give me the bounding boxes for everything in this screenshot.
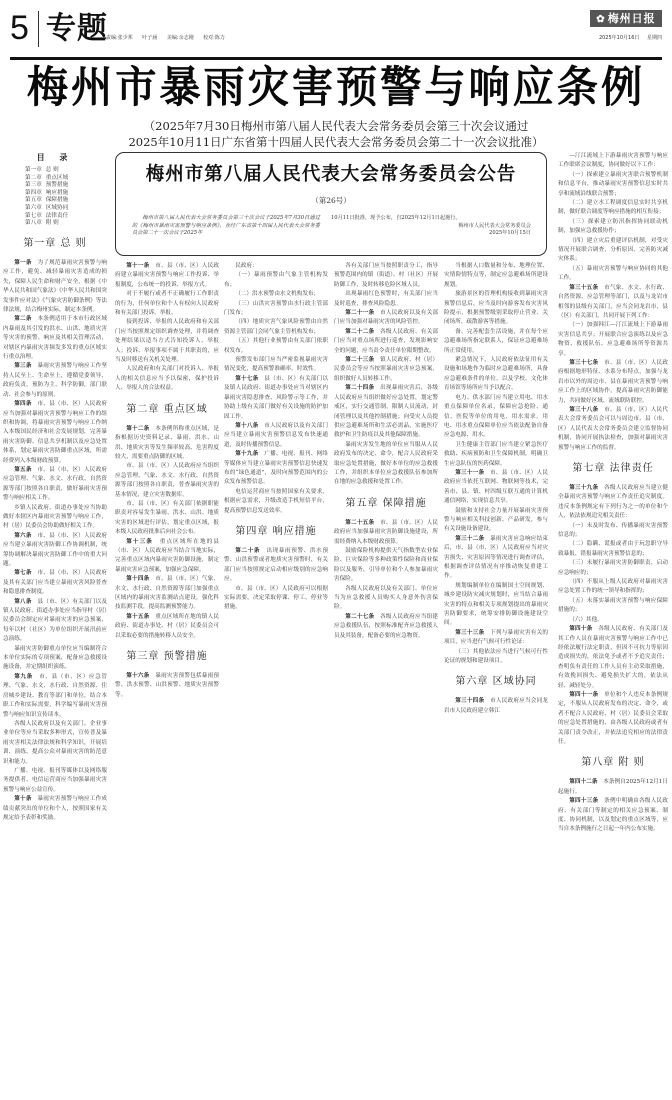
article-paragraph: 第二十四条 出现暴雨灾害后，各级人民政府应当组织做好应急处置，划定警戒区，实行交… <box>334 384 438 440</box>
article-number: 第三十二条 <box>455 536 490 542</box>
toc-item: 第五章保障措施 <box>3 197 107 205</box>
chapter-heading: 第七章 法律责任 <box>558 462 668 476</box>
headline-subtitle-line2: 2025年10月11日广东省第十四届人民代表大会常务委员会第二十一次会议批准） <box>0 134 672 150</box>
article-paragraph: 市、县（市、区）有关部门依据职能职责对容易发生暴雨、洪水、山洪、地质灾害的区域进… <box>115 500 219 538</box>
article-paragraph: 第六条 市、县（市、区）人民政府应当建立暴雨灾害防御工作协调机制，统筹协调解决暴… <box>3 532 107 570</box>
article-number: 第九条 <box>14 674 39 680</box>
article-paragraph: 第二十七条 各级人民政府应当组建应急救援队伍，按照标准配齐应急救援人员及其装备，… <box>334 613 438 641</box>
article-number: 第二十四条 <box>345 385 380 391</box>
article-number: 第一条 <box>14 260 37 266</box>
toc-item: 第一章总 则 <box>3 167 107 175</box>
article-paragraph: 第十三条 重点区域所在地的县（市、区）人民政府应当结合当地实际，完善重点区域内暴… <box>115 538 219 576</box>
article-number: 第三十八条 <box>569 407 604 413</box>
article-paragraph: 第一条 为了规范暴雨灾害预警与响应工作，避免、减轻暴雨灾害造成的损失，保障人民生… <box>3 259 107 315</box>
toc-item: 第三章预警措施 <box>3 182 107 190</box>
page-number: 5 <box>10 8 29 48</box>
article-number: 第三十一条 <box>455 470 490 476</box>
article-paragraph: 第三十一条 市、县（市、区）人民政府应当依托互联网、物联网等技术，完善市、县、镇… <box>444 469 548 507</box>
article-paragraph: 第十八条 市人民政府以及有关部门应当建立暴雨灾害预警信息发布快速通道，及时传播预… <box>224 422 328 450</box>
announcement-number: （第26号） <box>116 195 546 206</box>
article-paragraph: 各级人民政府以及有关部门、单位应当为应急救援人员购买人身意外伤害保险。 <box>334 585 438 613</box>
article-number: 第三十七条 <box>569 360 604 366</box>
article-paragraph: 第二十三条 镇人民政府、村（居）民委员会等应当按照暴雨灾害应急预案，组织做好人员… <box>334 356 438 384</box>
article-paragraph: 各级人民政府以及有关部门、企业事业单位等应当采取多种形式，宣传普及暴雨灾害相关法… <box>3 720 107 767</box>
article-paragraph: 第八条 县（市、区）有关部门以及镇人民政府、街道办事处应当指导村（居）民委员会制… <box>3 598 107 645</box>
announcement-box: 梅州市第八届人民代表大会常务委员会公告 （第26号） 梅州市第八届人民代表大会常… <box>115 152 547 256</box>
article-paragraph: 第四十二条 本条例自2025年12月1日起施行。 <box>558 778 668 797</box>
article-paragraph: 第二十二条 各级人民政府、有关部门应当对重点场所进行巡查，发现影响安全的问题，应… <box>334 328 438 356</box>
article-paragraph: 第四十三条 条例中明确由各级人民政府、有关部门等制定的相关应急预案、制度、协同机… <box>558 797 668 835</box>
article-paragraph: 第三条 暴雨灾害预警与响应工作坚持人民至上、生命至上，遵循党委领导、政府负责，预… <box>3 362 107 400</box>
article-number: 第二十一条 <box>345 310 380 316</box>
article-number: 第十八条 <box>235 423 264 429</box>
article-paragraph: 人民政府和有关部门对投诉人、举报人的相关信息应当予以保密，保护投诉人、举报人的合… <box>115 365 219 393</box>
article-paragraph: （四）不服从上级人民政府对暴雨灾害应急处置工作的统一领导和指挥的； <box>558 578 668 597</box>
article-paragraph: 第十七条 县（市、区）有关部门以及镇人民政府、街道办事处应当对辖区内暴雨灾害隐患… <box>224 375 328 422</box>
article-number: 第六条 <box>14 533 37 539</box>
article-paragraph: 紧急情况下，人民政府依法征用有关设施和场地作为临时应急避难场所，具备应急避难条件… <box>444 356 548 394</box>
article-paragraph: 第三十五条 市气象、水文、水行政、自然资源、应急管理等部门，以及与龙岩市相邻的县… <box>558 284 668 322</box>
article-number: 第四十一条 <box>569 692 604 698</box>
article-column-6: —汀江流域上下游暴雨灾害预警与响应工作联席会议制度，协同做好以下工作：（一）探索… <box>558 152 668 1098</box>
toc-item: 第八章附 则 <box>3 220 107 228</box>
article-paragraph: 第二十五条 市、县（市、区）人民政府应当加强暴雨灾害防御设施建设，所需经费纳入本… <box>334 519 438 547</box>
article-number: 第十四条 <box>126 576 155 582</box>
chapter-heading: 第三章 预警措施 <box>115 650 219 664</box>
article-paragraph: 第十一条 市、县（市、区）人民政府建立暴雨灾害预警与响应工作投诉、举报制度，公布… <box>115 262 219 290</box>
article-paragraph: （一）探索建立暴雨灾害联合预警机制和信息平台，推动暴雨灾害预警信息实时共享和流域… <box>558 171 668 199</box>
article-paragraph: 当根据人口数量和分布、地理位置、灾情险情特点等，制定应急避难场所建设规划。 <box>444 262 548 290</box>
article-column-5: 当根据人口数量和分布、地理位置、灾情险情特点等，制定应急避难场所建设规划。旅游景… <box>444 262 548 1098</box>
article-paragraph: 第十二条 本条例所称重点区域，是指根据历史资料记录、暴雨、洪水、山洪、地质灾害等… <box>115 425 219 463</box>
article-paragraph: （四）建立灾后重建评估机制，对受灾情况开展联合调查，分析原因，完善防灾减灾体系； <box>558 237 668 265</box>
article-paragraph: 第三十九条 各级人民政府应当建立健全暴雨灾害预警与响应工作责任追究制度。违反本条… <box>558 484 668 522</box>
article-paragraph: （二）建立水工程调度信息实时共享机制，做好联合调度等响应措施的相互衔接； <box>558 199 668 218</box>
article-paragraph: （三）未履行暴雨灾害防御职责、启动应急响应的； <box>558 559 668 578</box>
article-paragraph: 市、县（市、区）人民政府应当组织应急管理、气象、水文、水行政、自然资源等部门按照… <box>115 462 219 500</box>
announcement-body-text: 10月11日批准，现予公布，自2025年12月1日起施行。 <box>331 215 531 223</box>
article-number: 第三十三条 <box>455 630 490 636</box>
editor-credits: 责编:张少邦 叶子涵 美编:余志刚 校对:陈力 <box>106 34 233 41</box>
article-paragraph: 预警发布部门应当严密监视暴雨灾害情况变化，提高预警准确率、时效性。 <box>224 356 328 375</box>
article-number: 第二十三条 <box>345 357 380 363</box>
article-number: 第十九条 <box>235 451 264 457</box>
credit-item: 责编:张少邦 <box>106 35 133 41</box>
article-paragraph: 电信运营商应当按照国家有关要求，根据应急需求，升级改造手机短信平台，提高预警信息… <box>224 488 328 516</box>
issue-weekday: 星期四 <box>647 35 662 41</box>
chapter-heading: 第六章 区域协同 <box>444 675 548 689</box>
article-column-1: 第一章 总 则第一条 为了规范暴雨灾害预警与响应工作，避免、减轻暴雨灾害造成的损… <box>3 228 107 1098</box>
masthead-divider <box>38 11 39 47</box>
article-number: 第二十七条 <box>345 614 380 620</box>
article-column-4: 各有关部门应当按照职责分工，指导预警范围内的镇（街道）、村（社区）开展防御工作，… <box>334 262 438 1098</box>
article-paragraph: （三）其他依法应当进行气候可行性论证的规划和建设项目。 <box>444 648 548 667</box>
article-paragraph: 第十条 暴雨灾害预警与响应工作成绩贡献突出的单位和个人，按照国家有关规定给予表彰… <box>3 795 107 823</box>
article-paragraph: 备、完善配套生活设施，并在每个应急避难场所指定联系人，保证应急避难场所正常使用。 <box>444 328 548 356</box>
credit-item: 叶子涵 <box>142 35 157 41</box>
table-of-contents: 目 录 第一章总 则 第二章重点区域 第三章预警措施 第四章响应措施 第五章保障… <box>3 152 107 228</box>
article-paragraph: 卫生健康主管部门应当建立紧急医疗救助、疾病预防和卫生保障机制，明确卫生应急队伍的… <box>444 441 548 469</box>
headline-subtitle-line1: （2025年7月30日梅州市第八届人民代表大会常务委员会第三十次会议通过 <box>0 118 672 134</box>
article-number: 第二条 <box>14 316 37 322</box>
article-number: 第三十九条 <box>569 485 604 491</box>
announcement-title: 梅州市第八届人民代表大会常务委员会公告 <box>116 163 546 187</box>
article-paragraph: 暴雨灾害发生地的单位应当服从人民政府发布的决定、命令，配合人民政府采取应急处置措… <box>334 441 438 488</box>
article-paragraph: 电力、供水部门应当建立用电、用水重点保障单位名录，保障应急抢险、通信、医院等单位… <box>444 394 548 441</box>
article-paragraph: 第三十七条 市、县（市、区）人民政府根据地形特征、水系分布特点，加强与龙岩市以外… <box>558 359 668 406</box>
chapter-heading: 第四章 响应措施 <box>224 525 328 539</box>
article-paragraph: 第三十三条 下列与暴雨灾害有关的项目，应当进行气候可行性论证： <box>444 629 548 648</box>
article-paragraph: 第三十二条 暴雨灾害应急响应结束后，市、县（市、区）人民政府应当对灾害损失、灾害… <box>444 535 548 582</box>
article-number: 第八条 <box>14 599 37 605</box>
chapter-heading: 第八章 附 则 <box>558 756 668 770</box>
article-paragraph: 第二十一条 市人民政府以及有关部门应当加强对暴雨灾害的风险管控。 <box>334 309 438 328</box>
article-paragraph: 第四条 市、县（市、区）人民政府应当加强对暴雨灾害预警与响应工作的组织和协调，将… <box>3 400 107 466</box>
article-paragraph: 第二条 本条例适用于本市行政区域内暴雨及其引发的洪水、山洪、地质灾害等灾害的预警… <box>3 315 107 362</box>
article-paragraph: 第九条 市、县（市、区）应急管理、气象、水文、水行政、自然资源、住房城乡建设、教… <box>3 673 107 720</box>
article-number: 第十七条 <box>235 376 264 382</box>
article-number: 第二十二条 <box>345 329 380 335</box>
article-paragraph: 市、县（市、区）人民政府可以根据实际需要，决定采取停课、停工、停业等措施。 <box>224 585 328 613</box>
masthead: 5 专题 责编:张少邦 叶子涵 美编:余志刚 校对:陈力 ✿梅州日报 2025年… <box>10 8 662 54</box>
article-paragraph: 第三十八条 市、县（市、区）人民代表大会常务委员会可以与周边市、县（市、区）人民… <box>558 406 668 453</box>
article-paragraph: 第二十条 出现暴雨预警、洪水预警、山洪预警或者地质灾害预警时，有关部门应当按照规… <box>224 547 328 585</box>
chapter-heading: 第五章 保障措施 <box>334 497 438 511</box>
article-paragraph: （一）未及时发布、传播暴雨灾害预警信息的； <box>558 522 668 541</box>
article-paragraph: 第十六条 暴雨灾害预警包括暴雨预警、洪水预警、山洪预警、地质灾害预警等。 <box>115 672 219 700</box>
section-title: 专题 <box>46 10 108 48</box>
article-paragraph: 民政府： <box>224 262 328 271</box>
article-column-2: 第十一条 市、县（市、区）人民政府建立暴雨灾害预警与响应工作投诉、举报制度，公布… <box>115 262 219 1098</box>
article-paragraph: 第四十条 各级人民政府、有关部门及其工作人员在暴雨灾害预警与响应工作中已经依法履… <box>558 625 668 691</box>
article-paragraph: 鼓励保险机构提供天气指数型农业保险、巨灾保险等多种政策性保险和商业保险以及服务，… <box>334 547 438 585</box>
credit-item: 美编:余志刚 <box>167 35 194 41</box>
article-paragraph: 第十九条 广播、电视、报刊、网络等媒体应当建立暴雨灾害预警信息快速发布的“绿色通… <box>224 450 328 488</box>
article-number: 第十一条 <box>126 263 155 269</box>
article-paragraph: 各有关部门应当按照职责分工，指导预警范围内的镇（街道）、村（社区）开展防御工作，… <box>334 262 438 290</box>
article-number: 第七条 <box>14 570 37 576</box>
toc-title: 目 录 <box>3 152 107 163</box>
article-number: 第十二条 <box>126 426 155 432</box>
chapter-heading: 第二章 重点区域 <box>115 403 219 417</box>
issue-date: 2025年10月16日 <box>599 35 639 41</box>
announcement-body: 梅州市第八届人民代表大会常务委员会第三十次会议于2025年7月30日通过的《梅州… <box>132 215 320 238</box>
article-paragraph: 接到投诉、举报的人民政府和有关部门应当按照规定组织调查处理，并将调查处理结果以适… <box>115 318 219 365</box>
toc-item: 第六章区域协同 <box>3 205 107 213</box>
logo-text: 梅州日报 <box>608 12 656 25</box>
article-paragraph: 旅游景区的管理机构接收到暴雨灾害预警信息后，应当及时向游客发布灾害风险提示，根据… <box>444 290 548 328</box>
article-paragraph: 乡镇人民政府、街道办事处应当协助做好本辖区内暴雨灾害预警与响应工作，村（居）民委… <box>3 504 107 532</box>
article-paragraph: 第三十四条 市人民政府应当会同龙岩市人民政府建立韩江 <box>444 697 548 716</box>
chapter-heading: 第一章 总 则 <box>3 237 107 251</box>
headline-title: 梅州市暴雨灾害预警与响应条例 <box>13 62 658 114</box>
article-paragraph: 第十五条 重点区域所在地的镇人民政府、街道办事处、村（居）民委员会可以采取必要的… <box>115 613 219 641</box>
article-paragraph: 第五条 市、县（市、区）人民政府应急管理、气象、水文、水行政、自然资源等部门按照… <box>3 466 107 504</box>
article-number: 第二十条 <box>235 548 266 554</box>
plum-blossom-icon: ✿ <box>596 11 605 28</box>
article-paragraph: 出现暴雨红色预警时，有关部门应当及时巡查，排查风险隐患。 <box>334 290 438 309</box>
article-paragraph: （三）探索建立防汛指挥协同联动机制，加强应急救援协作； <box>558 218 668 237</box>
article-paragraph: （四）地质灾害气象风险预警由自然资源主管部门会同气象主管机构发布； <box>224 318 328 337</box>
article-paragraph: 广播、电视、报刊等媒体以及网络服务提供者、电信运营商应当加强暴雨灾害预警与响应公… <box>3 767 107 795</box>
article-number: 第四条 <box>14 401 37 407</box>
article-paragraph: 第七条 市、县（市、区）人民政府及其有关部门应当建立暴雨灾害风险普查和隐患排查制… <box>3 569 107 597</box>
article-number: 第三条 <box>14 363 37 369</box>
article-paragraph: （六）其他。 <box>558 616 668 625</box>
article-paragraph: （一）暴雨预警由气象主管机构发布； <box>224 271 328 290</box>
article-paragraph: （三）山洪灾害预警由水行政主管部门发布； <box>224 300 328 319</box>
article-number: 第三十四条 <box>455 698 490 704</box>
article-number: 第二十五条 <box>345 520 380 526</box>
article-paragraph: 第四十一条 单位和个人违反本条例规定，不服从人民政府发布的决定、命令，或者不配合… <box>558 691 668 747</box>
article-paragraph: 对于不履行或者不正确履行工作职责的行为，任何单位和个人有权向人民政府和有关部门投… <box>115 290 219 318</box>
article-paragraph: （二）隐瞒、谎报或者由于玩忽职守导致暴报、错报暴雨灾害预警信息的； <box>558 540 668 559</box>
article-paragraph: 规划编制单位在编制国土空间规划、城乡建设防灾减灾规划时，应当结合暴雨灾害的特点和… <box>444 582 548 629</box>
article-paragraph: 鼓励和支持社会力量开展暴雨灾害预警与响应相关科技创新、产品研发，参与有关设施设备… <box>444 507 548 535</box>
article-number: 第十条 <box>14 796 37 802</box>
announcement-date: 2025年10月15日 <box>331 230 531 238</box>
article-column-3: 民政府：（一）暴雨预警由气象主管机构发布；（二）洪水预警由水文机构发布；（三）山… <box>224 262 328 1098</box>
article-number: 第十六条 <box>126 673 155 679</box>
newspaper-logo: ✿梅州日报 <box>590 10 662 27</box>
article-number: 第四十三条 <box>569 798 604 804</box>
article-paragraph: （五）其他行业预警由有关部门依职权发布。 <box>224 337 328 356</box>
dateline: 2025年10月16日 星期四 <box>593 34 662 41</box>
article-number: 第四十条 <box>569 626 598 632</box>
article-paragraph: （一）加强韩江—汀江流域上下游暴雨灾害信息共享；开展联合应急演练以及应急物资、救… <box>558 321 668 359</box>
article-number: 第十五条 <box>126 614 155 620</box>
article-paragraph: 暴雨灾害防御重点单位应当编制符合本单位实际的专项预案，配备应急救援设施设备，并定… <box>3 645 107 673</box>
article-number: 第三十五条 <box>569 285 604 291</box>
article-number: 第十三条 <box>126 539 160 545</box>
announcement-body-continued: 10月11日批准，现予公布，自2025年12月1日起施行。 梅州市人民代表大会常… <box>331 215 531 238</box>
article-paragraph: （五）未落实暴雨灾害预警与响应保障措施的； <box>558 597 668 616</box>
article-paragraph: 第十四条 市、县（市、区）气象、水文、水行政、自然资源等部门加强重点区域内的暴雨… <box>115 575 219 613</box>
article-paragraph: —汀江流域上下游暴雨灾害预警与响应工作联席会议制度，协同做好以下工作： <box>558 152 668 171</box>
credit-item: 校对:陈力 <box>203 35 225 41</box>
article-number: 第五条 <box>14 467 37 473</box>
article-number: 第四十二条 <box>569 779 603 785</box>
article-paragraph: （五）暴雨灾害预警与响应协同的其他工作。 <box>558 265 668 284</box>
masthead-rule <box>10 57 662 60</box>
article-paragraph: （二）洪水预警由水文机构发布； <box>224 290 328 299</box>
